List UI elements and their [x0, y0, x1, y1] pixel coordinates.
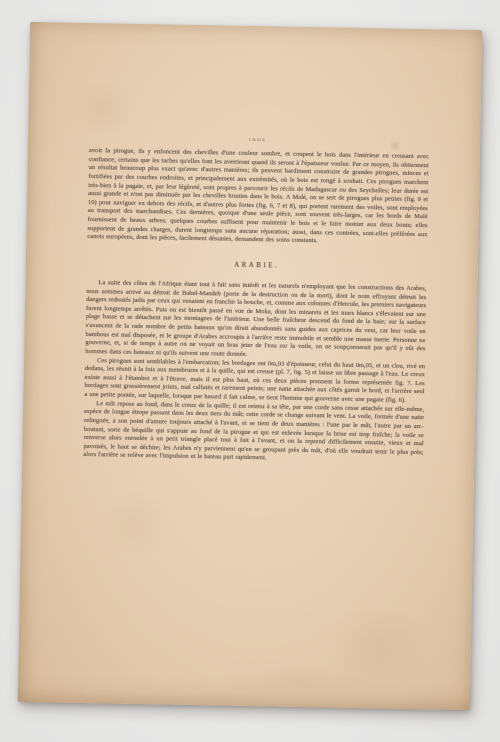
paragraph-arabie-3: Le mât repose au fond, dans le creux de …	[83, 400, 424, 467]
scan-background: INDE. avoir la pirogue, ils y enfoncent …	[0, 0, 500, 742]
document-page: INDE. avoir la pirogue, ils y enfoncent …	[18, 22, 482, 710]
paper-stain	[218, 665, 379, 698]
paper-stain	[91, 493, 182, 555]
paragraph-arabie-2: Ces pirogues sont semblables à l'embarca…	[84, 356, 425, 405]
paper-stain	[318, 607, 439, 689]
paragraph-arabie-1: La suite des côtes de l'Afrique étant to…	[85, 279, 426, 363]
section-heading-arabie: ARABIE.	[87, 259, 427, 272]
page-content: INDE. avoir la pirogue, ils y enfoncent …	[83, 23, 431, 466]
running-head: INDE.	[89, 135, 429, 146]
paragraph-inde-continuation: avoir la pirogue, ils y enfoncent des ch…	[87, 147, 429, 248]
